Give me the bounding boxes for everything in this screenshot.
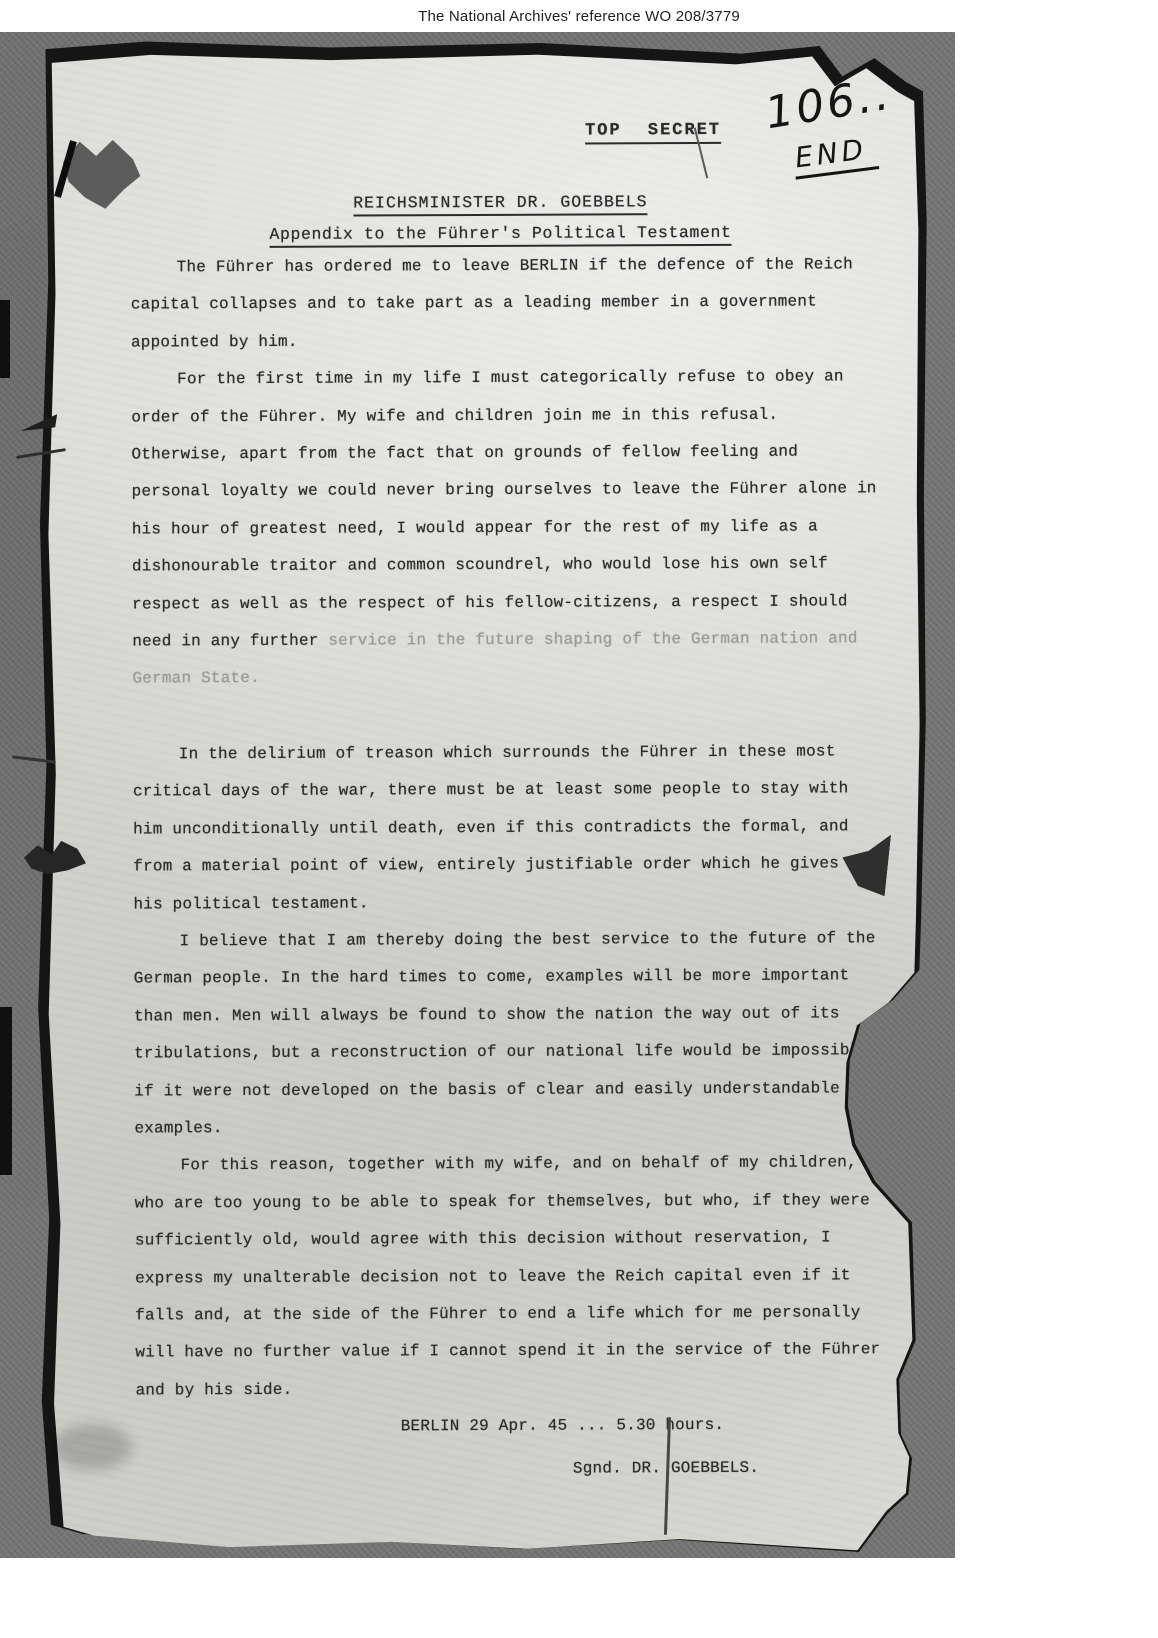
paragraph: I believe that I am thereby doing the be… — [134, 920, 883, 1148]
paragraph: For the first time in my life I must cat… — [131, 358, 880, 698]
paragraph: The Führer has ordered me to leave BERLI… — [131, 246, 879, 361]
paper-smudge — [52, 1424, 132, 1470]
paragraph: For this reason, together with my wife, … — [135, 1145, 884, 1410]
paragraph: In the delirium of treason which surroun… — [133, 733, 882, 923]
scan-area: TOP SECRET 106.. END REICHSMINISTER DR. … — [0, 32, 955, 1558]
dateline: BERLIN 29 Apr. 45 ... 5.30 hours. — [401, 1406, 884, 1446]
signature: Sgnd. DR. GOEBBELS. — [573, 1449, 884, 1488]
archive-reference-caption: The National Archives' reference WO 208/… — [0, 8, 1158, 25]
scan-edge-bar — [0, 1007, 12, 1175]
doc-title: REICHSMINISTER DR. GOEBBELS — [65, 191, 935, 214]
handwritten-page-number: 106.. — [762, 69, 896, 140]
doc-subtitle: Appendix to the Führer's Political Testa… — [65, 222, 935, 245]
classification-stamp: TOP SECRET — [585, 121, 721, 145]
handwritten-end-note: END — [791, 131, 879, 179]
document-body: The Führer has ordered me to leave BERLI… — [131, 246, 884, 1489]
scan-edge-bar — [0, 300, 10, 378]
document-page: TOP SECRET 106.. END REICHSMINISTER DR. … — [25, 50, 932, 1554]
page: The National Archives' reference WO 208/… — [0, 0, 1158, 1638]
